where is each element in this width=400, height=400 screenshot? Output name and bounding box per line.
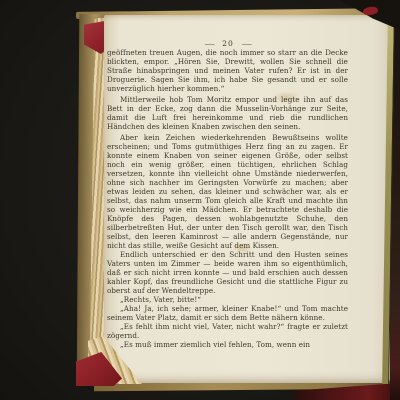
paragraph: „Aha! Ja, ich sehe; armer, kleiner Knabe…: [107, 304, 348, 322]
paragraph: geöffneten treuen Augen, die noch immer …: [107, 48, 348, 93]
header-rule-left: —: [204, 39, 215, 48]
paragraph: Endlich unterschied er den Schritt und d…: [107, 250, 348, 295]
book-page: —20— geöffneten treuen Augen, die noch i…: [104, 15, 390, 383]
paragraph: „Rechts, Vater, bitte!“: [107, 295, 348, 304]
header-rule-right: —: [241, 39, 252, 48]
paragraph: „Es muß immer ziemlich viel fehlen, Tom,…: [107, 340, 348, 349]
page-number: 20: [222, 39, 234, 48]
paragraph: Aber kein Zeichen wiederkehrenden Bewußt…: [107, 133, 348, 250]
page-header: —20—: [106, 39, 350, 48]
paragraph: Mittlerweile hob Tom Moritz empor und le…: [107, 95, 348, 131]
body-text: geöffneten treuen Augen, die noch immer …: [107, 48, 348, 349]
paragraph: „Es fehlt ihm nicht viel, Vater, nicht w…: [107, 322, 348, 340]
